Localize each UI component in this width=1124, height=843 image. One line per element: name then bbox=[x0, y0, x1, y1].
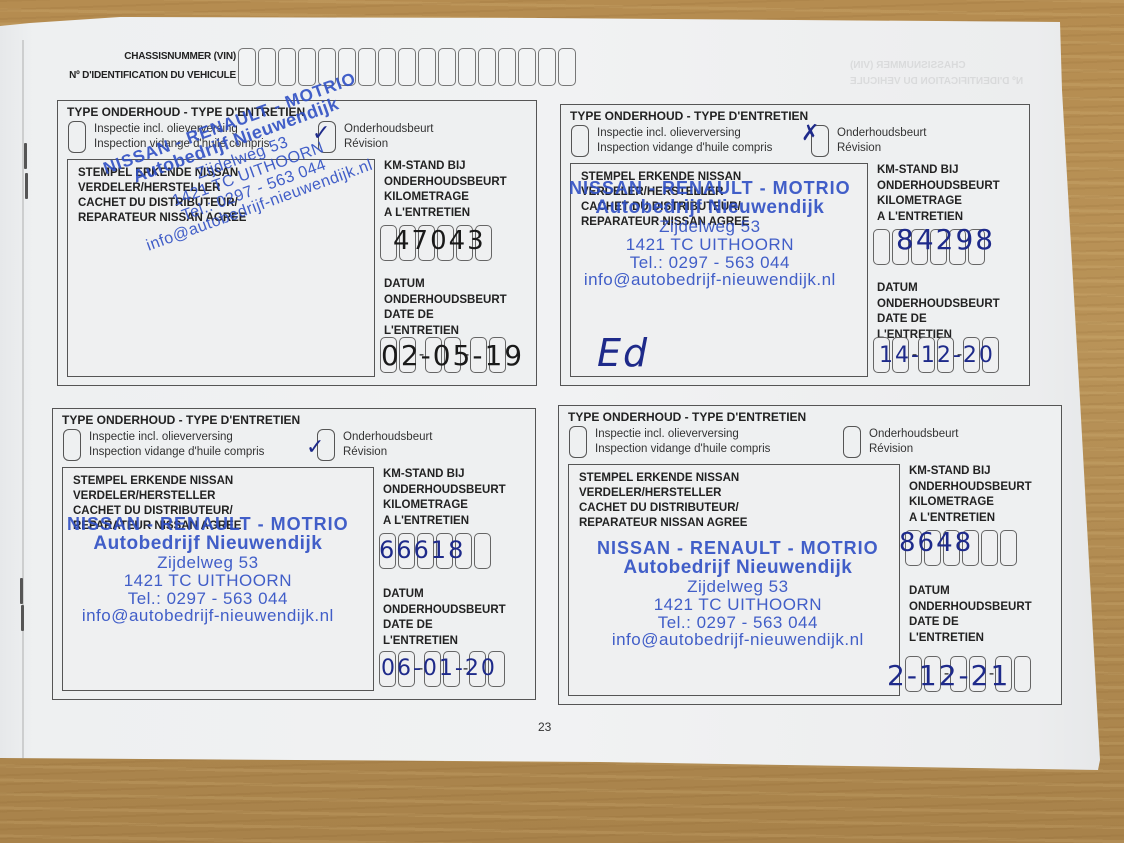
page-number: 23 bbox=[538, 720, 551, 734]
inspection-label-nl: Inspectie incl. olieverversing bbox=[597, 126, 772, 141]
handwritten-date: 06-01-20 bbox=[381, 656, 497, 681]
maintenance-entry-card: TYPE ONDERHOUD - TYPE D'ENTRETIEN Inspec… bbox=[560, 104, 1030, 386]
maintenance-entry-card: TYPE ONDERHOUD - TYPE D'ENTRETIEN Inspec… bbox=[52, 408, 536, 700]
service-option-label: Onderhoudsbeurt Révision bbox=[837, 126, 927, 156]
service-label-nl: Onderhoudsbeurt bbox=[869, 427, 959, 442]
dealer-stamp: NISSAN - RENAULT - MOTRIO Autobedrijf Ni… bbox=[67, 515, 349, 625]
handwritten-km: 66618 bbox=[379, 536, 465, 564]
vin-char-box[interactable] bbox=[418, 48, 436, 86]
handwritten-date: 14-12-20 bbox=[879, 343, 995, 368]
stamp-area-label: STEMPEL ERKENDE NISSAN VERDELER/HERSTELL… bbox=[579, 471, 747, 531]
service-label-nl: Onderhoudsbeurt bbox=[837, 126, 927, 141]
service-label-fr: Révision bbox=[343, 445, 433, 460]
vin-char-box[interactable] bbox=[298, 48, 316, 86]
handwritten-date: 02-05-19 bbox=[381, 339, 524, 372]
km-label: KM-STAND BIJ ONDERHOUDSBEURT KILOMETRAGE… bbox=[909, 464, 1032, 526]
service-option-label: Onderhoudsbeurt Révision bbox=[343, 430, 433, 460]
inspection-label-fr: Inspection vidange d'huile compris bbox=[595, 442, 770, 457]
vin-char-box[interactable] bbox=[258, 48, 276, 86]
dealer-stamp: NISSAN - RENAULT - MOTRIO Autobedrijf Ni… bbox=[569, 179, 851, 289]
staple bbox=[20, 578, 23, 604]
service-label-fr: Révision bbox=[837, 141, 927, 156]
booklet-page: CHASSISNUMMER (VIN) Nº D'IDENTIFICATION … bbox=[0, 0, 1124, 843]
handwritten-km: 47043 bbox=[393, 226, 486, 256]
inspection-option-label: Inspectie incl. olieverversing Inspectio… bbox=[597, 126, 772, 156]
dealer-stamp: NISSAN - RENAULT - MOTRIO Autobedrijf Ni… bbox=[597, 539, 879, 649]
inspection-label-nl: Inspectie incl. olieverversing bbox=[595, 427, 770, 442]
maintenance-entry-card: TYPE ONDERHOUD - TYPE D'ENTRETIEN Inspec… bbox=[57, 100, 537, 386]
vin-char-box[interactable] bbox=[458, 48, 476, 86]
inspection-checkbox[interactable] bbox=[68, 121, 86, 153]
maintenance-entry-card: TYPE ONDERHOUD - TYPE D'ENTRETIEN Inspec… bbox=[558, 405, 1062, 705]
km-label: KM-STAND BIJ ONDERHOUDSBEURT KILOMETRAGE… bbox=[877, 163, 1000, 225]
check-mark-icon: ✗ bbox=[801, 121, 819, 146]
vin-char-box[interactable] bbox=[378, 48, 396, 86]
vin-char-box[interactable] bbox=[538, 48, 556, 86]
km-digit-box[interactable] bbox=[873, 229, 890, 265]
bleed-through-text: CHASSISNUMMER (VIN) bbox=[850, 60, 966, 71]
staple bbox=[25, 173, 28, 199]
vin-label-nl: CHASSISNUMMER (VIN) bbox=[124, 51, 236, 62]
vin-char-box[interactable] bbox=[478, 48, 496, 86]
inspection-checkbox[interactable] bbox=[571, 125, 589, 157]
vin-char-box[interactable] bbox=[518, 48, 536, 86]
inspection-checkbox[interactable] bbox=[63, 429, 81, 461]
staple bbox=[21, 605, 24, 631]
date-label: DATUM ONDERHOUDSBEURT DATE DE L'ENTRETIE… bbox=[384, 277, 507, 339]
vin-char-box[interactable] bbox=[278, 48, 296, 86]
vin-input[interactable] bbox=[238, 48, 576, 86]
km-label: KM-STAND BIJ ONDERHOUDSBEURT KILOMETRAGE… bbox=[384, 159, 507, 221]
date-digit-box[interactable] bbox=[1014, 656, 1031, 692]
check-mark-icon: ✓ bbox=[306, 435, 324, 460]
card-title: TYPE ONDERHOUD - TYPE D'ENTRETIEN bbox=[568, 410, 806, 424]
date-label: DATUM ONDERHOUDSBEURT DATE DE L'ENTRETIE… bbox=[877, 281, 1000, 343]
km-digit-box[interactable] bbox=[474, 533, 491, 569]
service-label-fr: Révision bbox=[869, 442, 959, 457]
inspection-option-label: Inspectie incl. olieverversing Inspectio… bbox=[595, 427, 770, 457]
inspection-label-fr: Inspection vidange d'huile compris bbox=[89, 445, 264, 460]
km-digit-box[interactable] bbox=[1000, 530, 1017, 566]
service-checkbox[interactable] bbox=[843, 426, 861, 458]
inspection-option-label: Inspectie incl. olieverversing Inspectio… bbox=[89, 430, 264, 460]
vin-char-box[interactable] bbox=[498, 48, 516, 86]
vin-char-box[interactable] bbox=[558, 48, 576, 86]
date-label: DATUM ONDERHOUDSBEURT DATE DE L'ENTRETIE… bbox=[383, 587, 506, 649]
handwritten-date: 2-12-21 bbox=[887, 659, 1010, 692]
staple bbox=[24, 143, 27, 169]
vin-char-box[interactable] bbox=[238, 48, 256, 86]
handwritten-km: 84298 bbox=[896, 223, 995, 256]
inspection-label-fr: Inspection vidange d'huile compris bbox=[597, 141, 772, 156]
card-title: TYPE ONDERHOUD - TYPE D'ENTRETIEN bbox=[570, 109, 808, 123]
vin-char-box[interactable] bbox=[358, 48, 376, 86]
inspection-checkbox[interactable] bbox=[569, 426, 587, 458]
bleed-through-text: Nº D'IDENTIFICATION DU VEHICULE bbox=[850, 76, 1023, 87]
vin-char-box[interactable] bbox=[398, 48, 416, 86]
km-label: KM-STAND BIJ ONDERHOUDSBEURT KILOMETRAGE… bbox=[383, 467, 506, 529]
km-digit-box[interactable] bbox=[981, 530, 998, 566]
service-label-nl: Onderhoudsbeurt bbox=[343, 430, 433, 445]
card-title: TYPE ONDERHOUD - TYPE D'ENTRETIEN bbox=[62, 413, 300, 427]
vin-char-box[interactable] bbox=[438, 48, 456, 86]
handwritten-km: 8648 bbox=[899, 528, 973, 558]
vin-label-fr: Nº D'IDENTIFICATION DU VEHICULE bbox=[69, 70, 236, 81]
date-label: DATUM ONDERHOUDSBEURT DATE DE L'ENTRETIE… bbox=[909, 584, 1032, 646]
inspection-label-nl: Inspectie incl. olieverversing bbox=[89, 430, 264, 445]
signature: Ed bbox=[597, 331, 649, 375]
service-option-label: Onderhoudsbeurt Révision bbox=[869, 427, 959, 457]
